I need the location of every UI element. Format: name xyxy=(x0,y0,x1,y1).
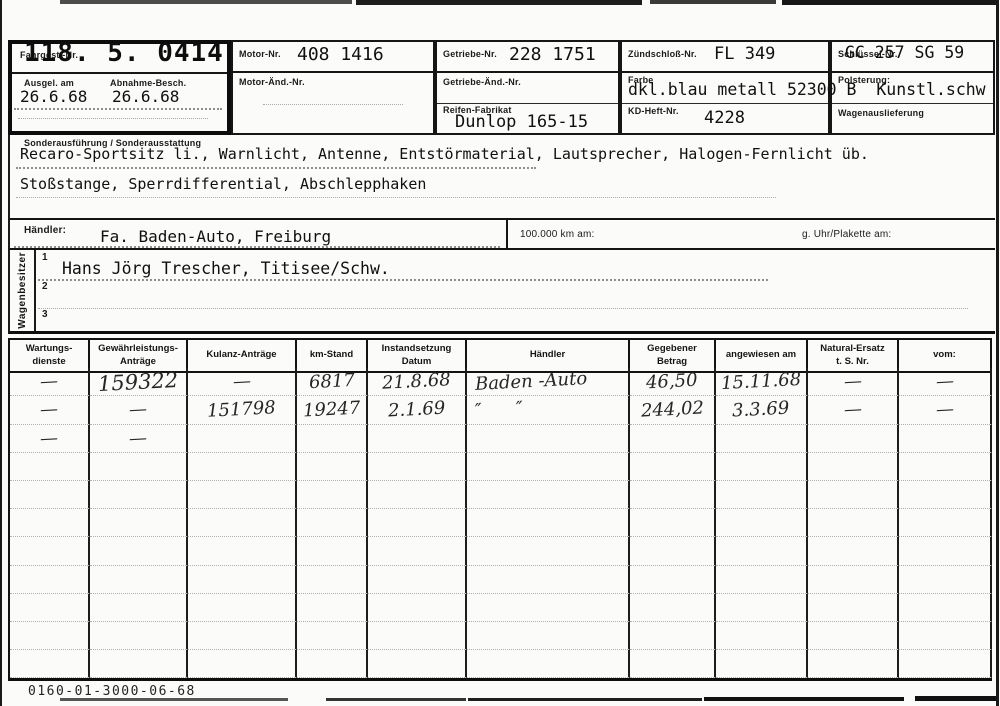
table-cell xyxy=(368,566,467,594)
table-cell xyxy=(467,481,630,509)
ignition-box-divider-2 xyxy=(622,103,828,104)
special-equipment-line1: Recaro-Sportsitz li., Warnlicht, Antenne… xyxy=(20,145,869,163)
form-number: 0160-01-3000-06-68 xyxy=(28,684,196,699)
table-cell xyxy=(716,481,808,509)
table-cell xyxy=(10,453,90,481)
table-cell: — xyxy=(10,396,90,424)
chassis-box-dotline-2 xyxy=(18,118,208,119)
gearbox-number-value: 228 1751 xyxy=(509,44,596,65)
table-cell xyxy=(10,650,90,678)
delivered-on-value: 26.6.68 xyxy=(20,87,87,106)
table-cell xyxy=(808,650,899,678)
table-cell: 3.3.69 xyxy=(716,396,808,424)
ignition-lock-number-label: Zündschloß-Nr. xyxy=(628,49,697,59)
gearbox-box-divider-1 xyxy=(437,71,618,73)
table-cell: — xyxy=(188,368,297,396)
table-cell: — xyxy=(90,396,188,424)
tyre-make-value: Dunlop 165-15 xyxy=(455,112,588,132)
dealer-row: Händler: Fa. Baden-Auto, Freiburg 100.00… xyxy=(8,218,995,250)
owner-row1-value: Hans Jörg Trescher, Titisee/Schw. xyxy=(62,259,390,278)
table-cell xyxy=(188,509,297,537)
table-cell: 46,50 xyxy=(630,368,716,396)
dealer-dotline xyxy=(14,246,500,248)
special-equipment-section: Sonderausführung / Sonderausstattung Rec… xyxy=(8,135,995,218)
table-cell xyxy=(368,481,467,509)
table-cell xyxy=(90,481,188,509)
table-cell xyxy=(808,481,899,509)
chassis-number-value: 118. 5. 0414 xyxy=(24,38,224,68)
table-cell: 151798 xyxy=(188,396,297,424)
table-cell xyxy=(10,566,90,594)
dealer-row-divider xyxy=(506,220,508,250)
table-cell xyxy=(297,622,368,650)
table-cell xyxy=(716,622,808,650)
owner-row1-number: 1 xyxy=(42,252,48,263)
table-cell xyxy=(716,537,808,565)
table-cell xyxy=(630,566,716,594)
scan-edge-right xyxy=(996,0,999,706)
owner-section: Wagenbesitzer 1 Hans Jörg Trescher, Titi… xyxy=(8,250,995,334)
table-cell xyxy=(90,622,188,650)
owner-label-cell: Wagenbesitzer xyxy=(10,250,36,331)
table-cell: — xyxy=(808,396,899,424)
table-cell xyxy=(467,594,630,622)
table-cell xyxy=(10,481,90,509)
acceptance-cert-value: 26.6.68 xyxy=(112,87,179,106)
table-cell xyxy=(899,453,992,481)
scan-edge-top-3 xyxy=(650,0,776,4)
gearbox-box: Getriebe-Nr. 228 1751 Getriebe-Änd.-Nr. … xyxy=(435,40,620,135)
table-cell xyxy=(297,537,368,565)
table-cell xyxy=(467,537,630,565)
table-cell xyxy=(899,509,992,537)
car-delivery-label: Wagenauslieferung xyxy=(838,108,924,118)
table-cell xyxy=(297,566,368,594)
table-cell xyxy=(10,537,90,565)
table-cell: 19247 xyxy=(297,396,368,424)
table-cell xyxy=(188,650,297,678)
scan-edge-bottom-5 xyxy=(915,696,996,701)
table-cell xyxy=(90,594,188,622)
table-cell xyxy=(10,594,90,622)
table-cell xyxy=(716,650,808,678)
table-cell xyxy=(899,594,992,622)
table-cell xyxy=(716,509,808,537)
table-cell xyxy=(10,509,90,537)
special-equipment-dotline-2 xyxy=(16,197,776,198)
motor-number-value: 408 1416 xyxy=(297,44,384,65)
key-box-divider-1 xyxy=(832,71,993,73)
table-cell: Baden -Auto xyxy=(467,368,630,396)
table-cell xyxy=(808,622,899,650)
scan-edge-bottom-3 xyxy=(468,698,702,701)
table-cell: 6817 xyxy=(297,368,368,396)
table-cell xyxy=(630,481,716,509)
table-cell xyxy=(90,509,188,537)
table-cell xyxy=(297,650,368,678)
table-cell xyxy=(899,537,992,565)
table-cell xyxy=(368,650,467,678)
motor-change-number-label: Motor-Änd.-Nr. xyxy=(239,77,305,87)
table-cell xyxy=(10,622,90,650)
chassis-box-dotline xyxy=(14,108,222,110)
table-cell xyxy=(297,481,368,509)
table-cell xyxy=(467,425,630,453)
table-cell xyxy=(297,509,368,537)
table-cell xyxy=(467,453,630,481)
table-cell xyxy=(630,509,716,537)
motor-box-dotline xyxy=(263,104,403,105)
table-cell: — xyxy=(10,425,90,453)
table-cell xyxy=(90,537,188,565)
table-cell xyxy=(716,425,808,453)
table-cell: 244,02 xyxy=(630,396,716,424)
chassis-box-divider xyxy=(12,72,227,74)
table-cell xyxy=(808,566,899,594)
table-cell xyxy=(467,509,630,537)
table-cell xyxy=(297,594,368,622)
service-booklet-number-value: 4228 xyxy=(704,108,745,128)
table-cell: 2.1.69 xyxy=(368,396,467,424)
dealer-label: Händler: xyxy=(24,225,66,236)
table-cell: — xyxy=(808,368,899,396)
table-cell xyxy=(899,650,992,678)
motor-box: Motor-Nr. 408 1416 Motor-Änd.-Nr. xyxy=(231,40,435,135)
table-cell xyxy=(630,425,716,453)
key-box-divider-2 xyxy=(832,103,993,104)
table-cell xyxy=(467,566,630,594)
table-cell xyxy=(297,425,368,453)
table-cell xyxy=(90,566,188,594)
ignition-lock-number-value: FL 349 xyxy=(714,44,775,64)
scan-edge-top-1 xyxy=(60,0,352,4)
scanned-service-card: Fahrgest.-Nr. Ausgel. am Abnahme-Besch. … xyxy=(0,0,1000,706)
table-cell xyxy=(188,425,297,453)
owner-row1-dotline xyxy=(38,279,768,281)
table-cell xyxy=(188,566,297,594)
table-cell xyxy=(716,453,808,481)
table-cell xyxy=(808,509,899,537)
key-number-value: GC 257 SG 59 xyxy=(845,43,964,62)
table-cell xyxy=(188,537,297,565)
table-cell xyxy=(188,622,297,650)
motor-number-label: Motor-Nr. xyxy=(239,49,281,59)
gearbox-change-number-label: Getriebe-Änd.-Nr. xyxy=(443,77,521,87)
table-cell xyxy=(716,566,808,594)
motor-box-divider xyxy=(233,71,433,73)
table-cell xyxy=(188,481,297,509)
table-cell xyxy=(899,566,992,594)
special-equipment-dotline-1 xyxy=(16,167,536,169)
table-cell xyxy=(467,650,630,678)
scan-edge-left xyxy=(0,0,2,706)
scan-edge-bottom-2 xyxy=(326,698,466,701)
clock-badge-label: g. Uhr/Plakette am: xyxy=(802,229,891,240)
service-table: Wartungs-diensteGewährleistungs-AnträgeK… xyxy=(8,338,992,681)
special-equipment-line2: Stoßstange, Sperrdifferential, Abschlepp… xyxy=(20,175,426,193)
table-cell xyxy=(368,537,467,565)
table-cell: ″ ″ xyxy=(467,396,630,424)
table-cell xyxy=(630,537,716,565)
table-cell xyxy=(630,650,716,678)
km-100000-label: 100.000 km am: xyxy=(520,229,595,240)
scan-edge-bottom-4 xyxy=(704,697,904,701)
table-cell xyxy=(90,650,188,678)
table-cell xyxy=(808,425,899,453)
owner-label: Wagenbesitzer xyxy=(17,252,28,329)
table-cell: 159322 xyxy=(90,368,188,396)
table-cell: — xyxy=(899,396,992,424)
scan-edge-top-4 xyxy=(782,0,996,5)
dealer-value: Fa. Baden-Auto, Freiburg xyxy=(100,227,331,246)
colour-upholstery-value: dkl.blau metall 52300 B Kunstl.schw xyxy=(628,80,986,99)
table-cell xyxy=(808,594,899,622)
scan-edge-top-2 xyxy=(356,0,642,5)
table-cell xyxy=(368,622,467,650)
table-cell: — xyxy=(899,368,992,396)
table-cell xyxy=(630,594,716,622)
service-booklet-number-label: KD-Heft-Nr. xyxy=(628,106,679,116)
table-cell: 21.8.68 xyxy=(368,368,467,396)
owner-row3-number: 3 xyxy=(42,309,48,320)
table-cell xyxy=(297,453,368,481)
table-cell: — xyxy=(10,368,90,396)
table-cell xyxy=(808,453,899,481)
table-cell xyxy=(368,425,467,453)
table-cell xyxy=(899,622,992,650)
table-cell xyxy=(808,537,899,565)
table-cell xyxy=(188,453,297,481)
table-cell xyxy=(630,622,716,650)
table-cell: — xyxy=(90,425,188,453)
ignition-box-divider-1 xyxy=(622,71,828,73)
gearbox-number-label: Getriebe-Nr. xyxy=(443,49,497,59)
table-cell xyxy=(467,622,630,650)
table-cell xyxy=(368,509,467,537)
table-cell xyxy=(90,453,188,481)
table-cell: 15.11.68 xyxy=(716,368,808,396)
table-cell xyxy=(368,594,467,622)
table-cell xyxy=(188,594,297,622)
table-cell xyxy=(630,453,716,481)
table-cell xyxy=(899,425,992,453)
gearbox-box-divider-2 xyxy=(437,103,618,104)
owner-row2-number: 2 xyxy=(42,281,48,292)
table-cell xyxy=(899,481,992,509)
owner-row2-dotline xyxy=(38,308,968,309)
table-cell xyxy=(716,594,808,622)
table-cell xyxy=(368,453,467,481)
